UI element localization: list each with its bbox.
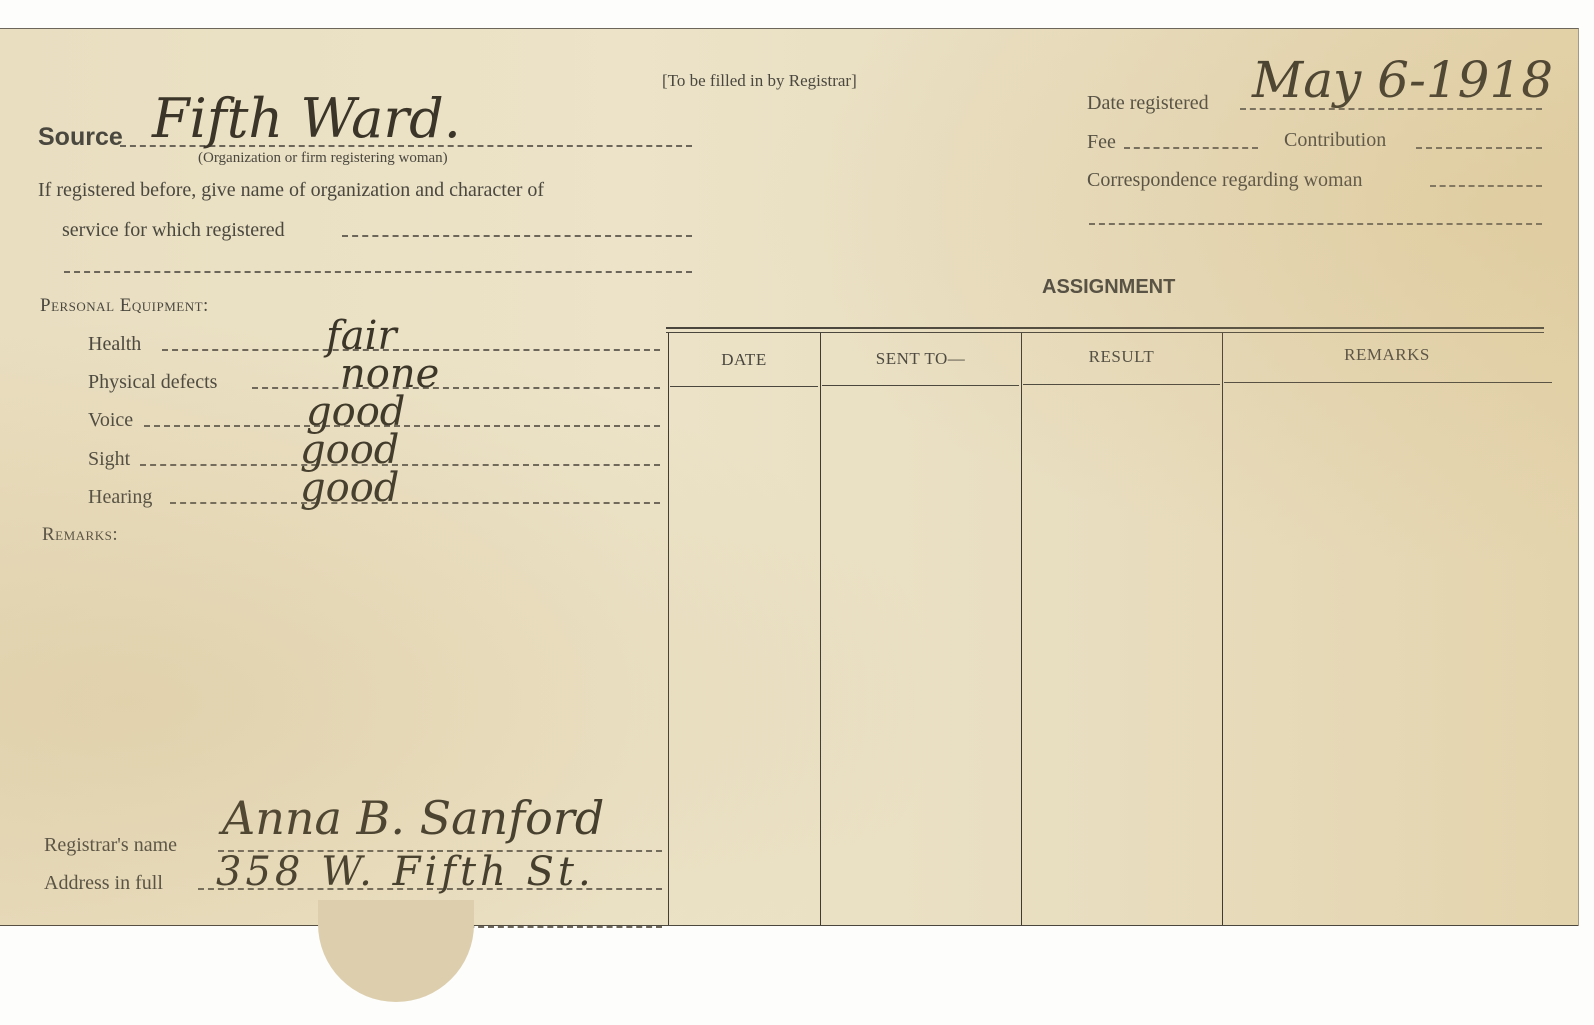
card-tab	[318, 900, 474, 1002]
address-label: Address in full	[44, 872, 163, 895]
registrar-name-label: Registrar's name	[44, 834, 177, 857]
registrar-note: [To be filled in by Registrar]	[662, 71, 857, 91]
date-registered-label: Date registered	[1087, 92, 1209, 115]
col-header-date: DATE	[668, 350, 820, 370]
col-divider-2	[1021, 333, 1022, 926]
correspondence-label: Correspondence regarding woman	[1087, 169, 1362, 192]
table-bottom-rule	[0, 925, 1578, 926]
prev-registration-line-2[interactable]	[64, 271, 692, 273]
table-top-rule	[666, 327, 1544, 329]
physical-defects-label: Physical defects	[88, 371, 217, 394]
col-header-result: RESULT	[1021, 347, 1222, 367]
registration-card: [To be filled in by Registrar] Source Fi…	[0, 28, 1579, 926]
header-rule-date	[670, 386, 818, 387]
hearing-value: good	[300, 465, 399, 511]
contribution-label: Contribution	[1284, 129, 1386, 152]
prev-registration-label-1: If registered before, give name of organ…	[38, 179, 544, 202]
header-rule-sent	[822, 385, 1019, 386]
assignment-title: ASSIGNMENT	[1042, 276, 1175, 299]
header-rule-remarks	[1224, 382, 1552, 383]
source-caption: (Organization or firm registering woman)	[198, 150, 448, 167]
contribution-line[interactable]	[1416, 147, 1542, 149]
col-header-remarks: REMARKS	[1222, 345, 1552, 365]
col-divider-1	[820, 333, 821, 926]
personal-equipment-heading: Personal Equipment:	[40, 295, 209, 317]
health-label: Health	[88, 333, 141, 356]
correspondence-line-1[interactable]	[1430, 185, 1542, 187]
source-value: Fifth Ward.	[152, 87, 461, 150]
sight-line[interactable]	[140, 464, 660, 466]
header-rule-result	[1023, 384, 1220, 385]
fee-line[interactable]	[1124, 147, 1258, 149]
prev-registration-line-1[interactable]	[342, 235, 692, 237]
table-top-rule-inner	[666, 332, 1544, 333]
col-header-sent-to: SENT TO—	[820, 349, 1021, 369]
hearing-line[interactable]	[170, 502, 660, 504]
address-value: 358 W. Fifth St.	[216, 849, 595, 895]
col-divider-3	[1222, 333, 1223, 926]
registrar-name-value: Anna B. Sanford	[222, 791, 604, 845]
fee-label: Fee	[1087, 131, 1116, 154]
correspondence-line-2[interactable]	[1089, 223, 1542, 225]
sight-label: Sight	[88, 448, 130, 471]
remarks-label: Remarks:	[42, 524, 118, 546]
date-registered-value: May 6-1918	[1252, 51, 1553, 109]
voice-label: Voice	[88, 409, 133, 432]
prev-registration-label-2: service for which registered	[62, 219, 285, 242]
table-left-border	[668, 333, 669, 926]
source-label: Source	[38, 123, 123, 152]
hearing-label: Hearing	[88, 486, 152, 509]
